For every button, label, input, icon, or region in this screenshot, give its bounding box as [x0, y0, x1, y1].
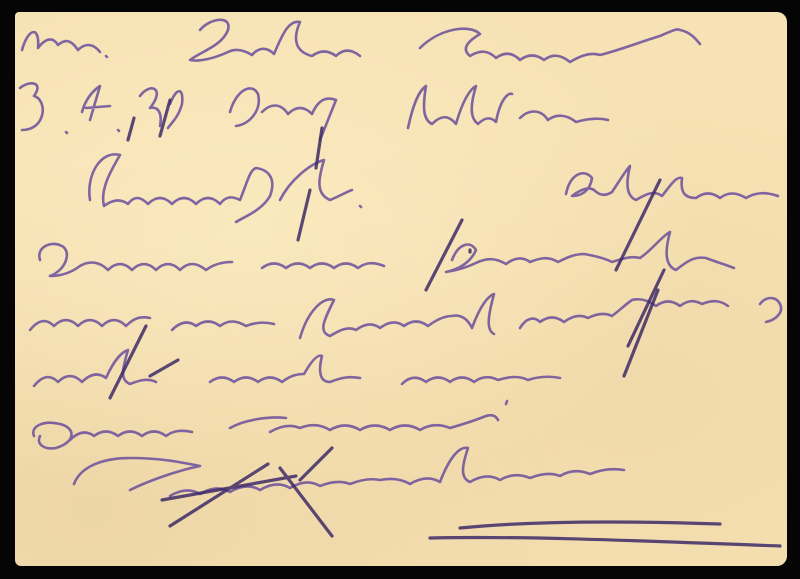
line-7-ink — [33, 401, 507, 448]
line-2-ink — [20, 83, 608, 140]
line-1-ink — [22, 20, 700, 62]
signature-ink — [74, 448, 624, 496]
line-6-ink — [34, 350, 560, 386]
handwriting-strokes — [0, 0, 800, 579]
line-3-ink — [89, 154, 778, 222]
